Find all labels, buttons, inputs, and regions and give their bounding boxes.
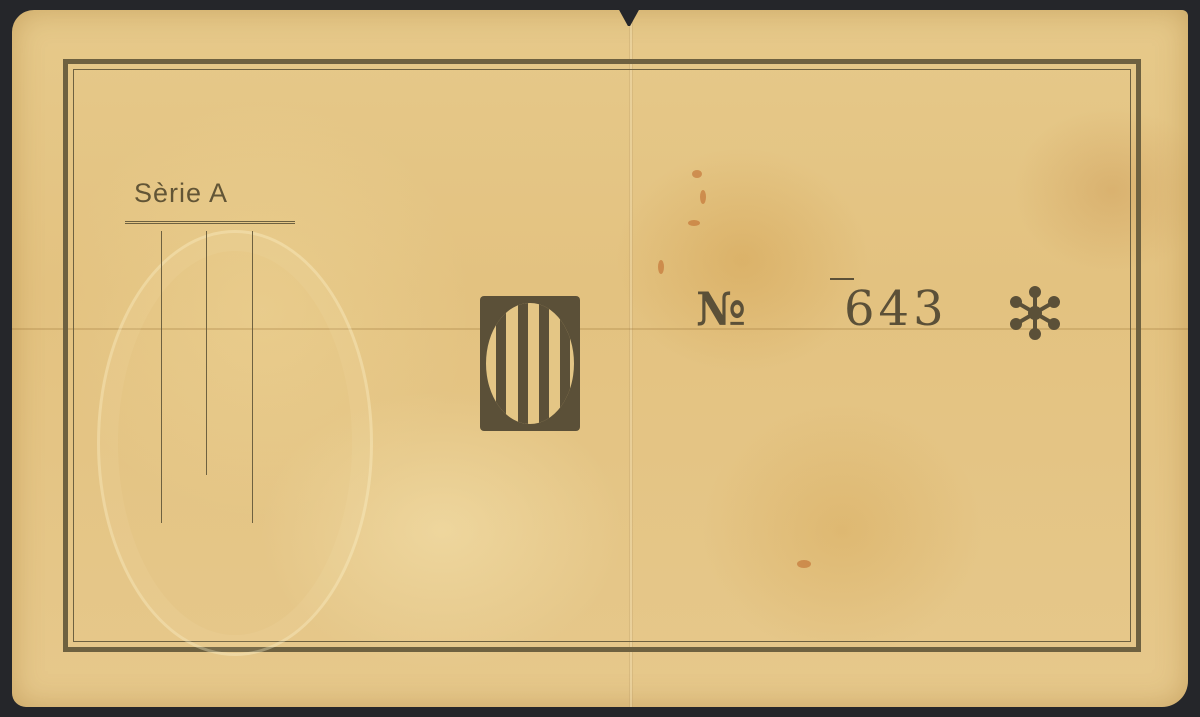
numero-sign: № — [696, 282, 744, 336]
coat-of-arms-oval — [484, 301, 576, 426]
embossed-seal — [97, 230, 373, 656]
serial-dash — [830, 278, 854, 280]
foxing-stain — [692, 170, 702, 178]
four-bars-icon — [486, 303, 576, 426]
serial-number-row: № 643 — [696, 281, 948, 337]
foxing-stain — [688, 220, 700, 226]
foxing-stain — [700, 190, 706, 204]
top-tear-notch — [618, 8, 640, 26]
serial-number: 643 — [844, 281, 948, 337]
signature-line-2 — [206, 231, 207, 475]
coat-of-arms-emblem — [480, 296, 580, 431]
signature-line-3 — [252, 231, 253, 523]
series-label: Sèrie A — [134, 178, 228, 209]
foxing-stain — [658, 260, 664, 274]
banknote: Sèrie A № 643 — [12, 10, 1188, 707]
asterisk-ornament-icon — [1008, 286, 1062, 340]
signature-line-1 — [161, 231, 162, 523]
series-underline — [125, 221, 295, 224]
foxing-stain — [797, 560, 811, 568]
